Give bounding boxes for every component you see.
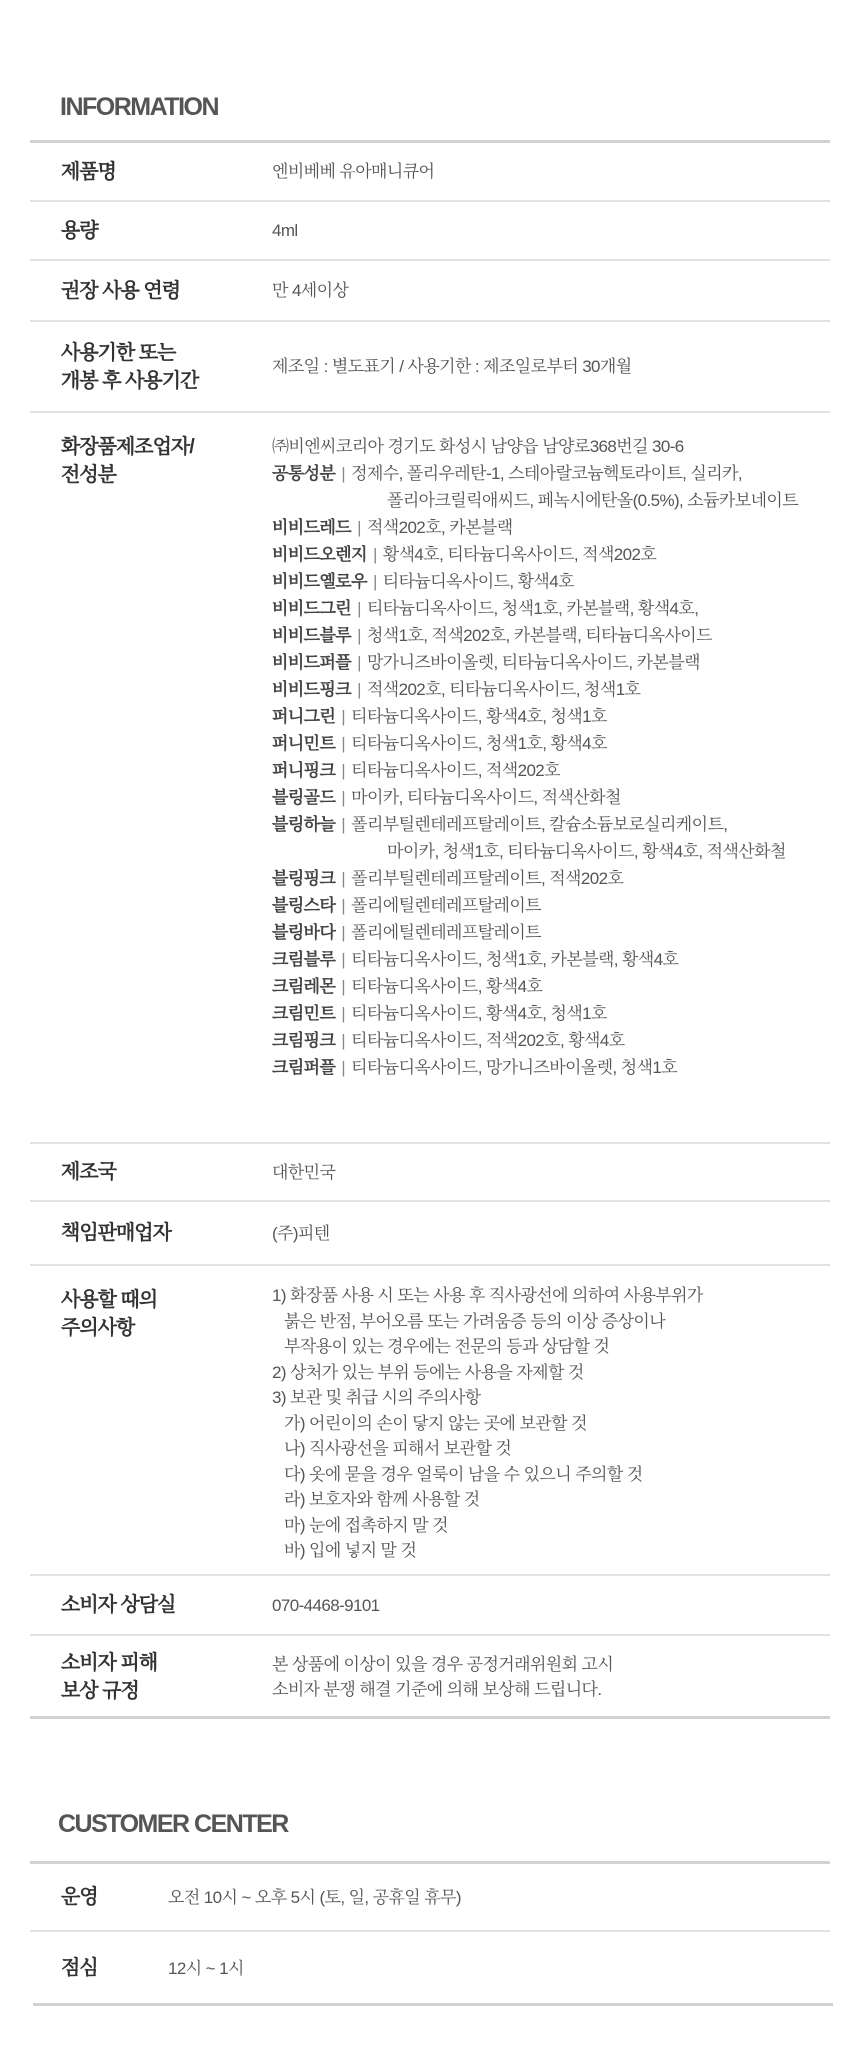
information-table: 제품명 엔비베베 유아매니큐어 용량 4ml 권장 사용 연령 만 4세이상 사… bbox=[30, 140, 830, 1718]
ingredient-text: 티타늄디옥사이드, 청색1호, 카본블랙, 황색4호, bbox=[367, 599, 698, 618]
separator: | bbox=[341, 977, 345, 996]
separator: | bbox=[341, 815, 345, 834]
caution-line: 바) 입에 넣지 말 것 bbox=[272, 1538, 830, 1564]
separator: | bbox=[357, 626, 361, 645]
separator: | bbox=[341, 464, 345, 483]
ingredient-color-name: 블링스타 bbox=[272, 896, 335, 915]
caution-line: 라) 보호자와 함께 사용할 것 bbox=[272, 1487, 830, 1513]
caution-line: 1) 화장품 사용 시 또는 사용 후 직사광선에 의하여 사용부위가 bbox=[272, 1283, 830, 1309]
caution-line: 부작용이 있는 경우에는 전문의 등과 상담할 것 bbox=[272, 1334, 830, 1360]
info-row-compensation: 소비자 피해 보상 규정 본 상품에 이상이 있을 경우 공정거래위원회 고시 … bbox=[30, 1636, 830, 1718]
label-line: 사용기한 또는 bbox=[61, 339, 175, 367]
row-label: 점심 bbox=[61, 1932, 98, 2004]
ingredient-line: 비비드옐로우|티타늄디옥사이드, 황색4호 bbox=[272, 568, 830, 595]
ingredient-line: 마이카, 청색1호, 티타늄디옥사이드, 황색4호, 적색산화철 bbox=[272, 838, 830, 865]
caution-line: 3) 보관 및 취급 시의 주의사항 bbox=[272, 1385, 830, 1411]
caution-line: 가) 어린이의 손이 닿지 않는 곳에 보관할 것 bbox=[272, 1411, 830, 1437]
row-label: 사용기한 또는 개봉 후 사용기간 bbox=[61, 322, 198, 411]
row-label: 권장 사용 연령 bbox=[61, 261, 180, 320]
manufacturer-address: ㈜비엔씨코리아 경기도 화성시 남양읍 남양로368번길 30-6 bbox=[272, 433, 830, 460]
ingredient-color-name: 비비드핑크 bbox=[272, 680, 351, 699]
row-label: 책임판매업자 bbox=[61, 1202, 171, 1264]
row-value: 만 4세이상 bbox=[272, 261, 830, 320]
row-value: 대한민국 bbox=[272, 1144, 830, 1200]
ingredient-color-name: 비비드레드 bbox=[272, 518, 351, 537]
ingredient-text: 티타늄디옥사이드, 황색4호 bbox=[383, 572, 574, 591]
separator: | bbox=[341, 923, 345, 942]
row-label: 제품명 bbox=[61, 143, 116, 200]
separator: | bbox=[341, 761, 345, 780]
ingredient-color-name: 블링바다 bbox=[272, 923, 335, 942]
ingredient-color-name: 블링골드 bbox=[272, 788, 335, 807]
label-line: 사용할 때의 bbox=[61, 1286, 157, 1314]
ingredient-text: 적색202호, 카본블랙 bbox=[367, 518, 513, 537]
cc-row-lunch: 점심 12시 ~ 1시 bbox=[30, 1932, 830, 2004]
ingredient-text: 폴리부틸렌테레프탈레이트, 적색202호 bbox=[351, 869, 623, 888]
ingredient-text: 마이카, 청색1호, 티타늄디옥사이드, 황색4호, 적색산화철 bbox=[387, 842, 786, 861]
label-line: 보상 규정 bbox=[61, 1677, 139, 1705]
row-value: 070-4468-9101 bbox=[272, 1576, 830, 1634]
row-value: 4ml bbox=[272, 202, 830, 259]
label-line: 주의사항 bbox=[61, 1314, 134, 1342]
ingredient-line: 비비드핑크|적색202호, 티타늄디옥사이드, 청색1호 bbox=[272, 676, 830, 703]
row-label: 제조국 bbox=[61, 1144, 116, 1200]
cc-row-hours: 운영 오전 10시 ~ 오후 5시 (토, 일, 공휴일 휴무) bbox=[30, 1864, 830, 1932]
value-line: 본 상품에 이상이 있을 경우 공정거래위원회 고시 bbox=[272, 1652, 613, 1677]
ingredient-color-name: 비비드오렌지 bbox=[272, 545, 367, 564]
ingredient-text: 티타늄디옥사이드, 황색4호, 청색1호 bbox=[351, 1004, 607, 1023]
ingredient-color-name: 크림민트 bbox=[272, 1004, 335, 1023]
ingredient-color-name: 크림퍼플 bbox=[272, 1058, 335, 1077]
ingredient-line: 블링스타|폴리에틸렌테레프탈레이트 bbox=[272, 892, 830, 919]
info-row-cautions: 사용할 때의 주의사항 1) 화장품 사용 시 또는 사용 후 직사광선에 의하… bbox=[30, 1266, 830, 1576]
ingredient-text: 폴리에틸렌테레프탈레이트 bbox=[351, 896, 541, 915]
ingredient-text: 티타늄디옥사이드, 황색4호, 청색1호 bbox=[351, 707, 607, 726]
ingredient-line: 퍼니그린|티타늄디옥사이드, 황색4호, 청색1호 bbox=[272, 703, 830, 730]
ingredients-block: ㈜비엔씨코리아 경기도 화성시 남양읍 남양로368번길 30-6 공통성분|정… bbox=[272, 413, 830, 1142]
information-bottom-rule bbox=[30, 1716, 830, 1719]
info-row-expiry: 사용기한 또는 개봉 후 사용기간 제조일 : 별도표기 / 사용기한 : 제조… bbox=[30, 322, 830, 413]
ingredient-line: 블링바다|폴리에틸렌테레프탈레이트 bbox=[272, 919, 830, 946]
row-label: 화장품제조업자/ 전성분 bbox=[61, 413, 194, 1142]
ingredient-line: 크림블루|티타늄디옥사이드, 청색1호, 카본블랙, 황색4호 bbox=[272, 946, 830, 973]
info-row-manufacturer-ingredients: 화장품제조업자/ 전성분 ㈜비엔씨코리아 경기도 화성시 남양읍 남양로368번… bbox=[30, 413, 830, 1144]
row-label: 소비자 피해 보상 규정 bbox=[61, 1636, 157, 1718]
ingredient-color-name: 크림핑크 bbox=[272, 1031, 335, 1050]
ingredient-list: 공통성분|정제수, 폴리우레탄-1, 스테아랄코늄헥토라이트, 실리카,폴리아크… bbox=[272, 460, 830, 1081]
info-row-product-name: 제품명 엔비베베 유아매니큐어 bbox=[30, 143, 830, 202]
separator: | bbox=[341, 950, 345, 969]
ingredient-text: 마이카, 티타늄디옥사이드, 적색산화철 bbox=[351, 788, 621, 807]
separator: | bbox=[341, 1031, 345, 1050]
caution-line: 나) 직사광선을 피해서 보관할 것 bbox=[272, 1436, 830, 1462]
ingredient-line: 크림민트|티타늄디옥사이드, 황색4호, 청색1호 bbox=[272, 1000, 830, 1027]
caution-line: 붉은 반점, 부어오름 또는 가려움증 등의 이상 증상이나 bbox=[272, 1309, 830, 1335]
ingredient-text: 티타늄디옥사이드, 청색1호, 카본블랙, 황색4호 bbox=[351, 950, 678, 969]
customer-center-table: 운영 오전 10시 ~ 오후 5시 (토, 일, 공휴일 휴무) 점심 12시 … bbox=[30, 1861, 830, 2004]
info-row-recommended-age: 권장 사용 연령 만 4세이상 bbox=[30, 261, 830, 322]
ingredient-text: 폴리부틸렌테레프탈레이트, 칼슘소듐보로실리케이트, bbox=[351, 815, 727, 834]
separator: | bbox=[341, 869, 345, 888]
ingredient-line: 비비드레드|적색202호, 카본블랙 bbox=[272, 514, 830, 541]
ingredient-line: 비비드블루|청색1호, 적색202호, 카본블랙, 티타늄디옥사이드 bbox=[272, 622, 830, 649]
ingredient-color-name: 퍼니민트 bbox=[272, 734, 335, 753]
ingredient-color-name: 블링하늘 bbox=[272, 815, 335, 834]
separator: | bbox=[341, 788, 345, 807]
info-row-seller: 책임판매업자 (주)피텐 bbox=[30, 1202, 830, 1266]
ingredient-color-name: 공통성분 bbox=[272, 464, 335, 483]
ingredient-text: 티타늄디옥사이드, 적색202호, 황색4호 bbox=[351, 1031, 624, 1050]
ingredient-color-name: 비비드블루 bbox=[272, 626, 351, 645]
ingredient-text: 망가니즈바이올렛, 티타늄디옥사이드, 카본블랙 bbox=[367, 653, 700, 672]
separator: | bbox=[357, 680, 361, 699]
row-value: 12시 ~ 1시 bbox=[168, 1932, 830, 2004]
customer-center-bottom-rule bbox=[33, 2003, 833, 2006]
row-value: 엔비베베 유아매니큐어 bbox=[272, 143, 830, 200]
separator: | bbox=[357, 518, 361, 537]
row-label: 용량 bbox=[61, 202, 98, 259]
ingredient-text: 티타늄디옥사이드, 망가니즈바이올렛, 청색1호 bbox=[351, 1058, 677, 1077]
ingredient-color-name: 크림레몬 bbox=[272, 977, 335, 996]
label-line: 전성분 bbox=[61, 461, 116, 489]
ingredient-color-name: 비비드그린 bbox=[272, 599, 351, 618]
ingredient-line: 퍼니핑크|티타늄디옥사이드, 적색202호 bbox=[272, 757, 830, 784]
value-line: 소비자 분쟁 해결 기준에 의해 보상해 드립니다. bbox=[272, 1677, 601, 1702]
ingredient-line: 크림레몬|티타늄디옥사이드, 황색4호 bbox=[272, 973, 830, 1000]
ingredient-line: 블링하늘|폴리부틸렌테레프탈레이트, 칼슘소듐보로실리케이트, bbox=[272, 811, 830, 838]
row-value: 제조일 : 별도표기 / 사용기한 : 제조일로부터 30개월 bbox=[272, 322, 830, 411]
ingredient-color-name: 비비드옐로우 bbox=[272, 572, 367, 591]
ingredient-text: 황색4호, 티타늄디옥사이드, 적색202호 bbox=[383, 545, 656, 564]
row-value: 본 상품에 이상이 있을 경우 공정거래위원회 고시 소비자 분쟁 해결 기준에… bbox=[272, 1636, 830, 1718]
ingredient-text: 적색202호, 티타늄디옥사이드, 청색1호 bbox=[367, 680, 640, 699]
row-label: 사용할 때의 주의사항 bbox=[61, 1266, 157, 1574]
caution-line: 마) 눈에 접촉하지 말 것 bbox=[272, 1513, 830, 1539]
ingredient-line: 퍼니민트|티타늄디옥사이드, 청색1호, 황색4호 bbox=[272, 730, 830, 757]
ingredient-text: 폴리에틸렌테레프탈레이트 bbox=[351, 923, 541, 942]
caution-list: 1) 화장품 사용 시 또는 사용 후 직사광선에 의하여 사용부위가붉은 반점… bbox=[272, 1266, 830, 1574]
separator: | bbox=[373, 545, 377, 564]
row-label: 소비자 상담실 bbox=[61, 1576, 175, 1634]
separator: | bbox=[357, 599, 361, 618]
ingredient-text: 티타늄디옥사이드, 황색4호 bbox=[351, 977, 542, 996]
ingredient-text: 정제수, 폴리우레탄-1, 스테아랄코늄헥토라이트, 실리카, bbox=[351, 464, 742, 483]
ingredient-text: 티타늄디옥사이드, 청색1호, 황색4호 bbox=[351, 734, 607, 753]
separator: | bbox=[341, 707, 345, 726]
label-line: 개봉 후 사용기간 bbox=[61, 367, 198, 395]
information-title: INFORMATION bbox=[60, 93, 218, 122]
ingredient-color-name: 블링핑크 bbox=[272, 869, 335, 888]
caution-line: 다) 옷에 묻을 경우 얼룩이 남을 수 있으니 주의할 것 bbox=[272, 1462, 830, 1488]
separator: | bbox=[341, 1004, 345, 1023]
row-value: 오전 10시 ~ 오후 5시 (토, 일, 공휴일 휴무) bbox=[168, 1864, 830, 1930]
ingredient-line: 폴리아크릴릭애씨드, 페녹시에탄올(0.5%), 소듐카보네이트 bbox=[272, 487, 830, 514]
row-value: (주)피텐 bbox=[272, 1202, 830, 1264]
ingredient-line: 블링골드|마이카, 티타늄디옥사이드, 적색산화철 bbox=[272, 784, 830, 811]
ingredient-line: 공통성분|정제수, 폴리우레탄-1, 스테아랄코늄헥토라이트, 실리카, bbox=[272, 460, 830, 487]
ingredient-line: 크림퍼플|티타늄디옥사이드, 망가니즈바이올렛, 청색1호 bbox=[272, 1054, 830, 1081]
separator: | bbox=[341, 1058, 345, 1077]
ingredient-color-name: 크림블루 bbox=[272, 950, 335, 969]
ingredient-line: 비비드오렌지|황색4호, 티타늄디옥사이드, 적색202호 bbox=[272, 541, 830, 568]
separator: | bbox=[341, 734, 345, 753]
info-row-volume: 용량 4ml bbox=[30, 202, 830, 261]
separator: | bbox=[357, 653, 361, 672]
ingredient-line: 크림핑크|티타늄디옥사이드, 적색202호, 황색4호 bbox=[272, 1027, 830, 1054]
ingredient-text: 티타늄디옥사이드, 적색202호 bbox=[351, 761, 560, 780]
separator: | bbox=[373, 572, 377, 591]
info-row-consumer-center: 소비자 상담실 070-4468-9101 bbox=[30, 1576, 830, 1636]
label-line: 소비자 피해 bbox=[61, 1649, 157, 1677]
label-line: 화장품제조업자/ bbox=[61, 433, 194, 461]
separator: | bbox=[341, 896, 345, 915]
ingredient-text: 폴리아크릴릭애씨드, 페녹시에탄올(0.5%), 소듐카보네이트 bbox=[387, 491, 798, 510]
ingredient-text: 청색1호, 적색202호, 카본블랙, 티타늄디옥사이드 bbox=[367, 626, 712, 645]
ingredient-line: 비비드그린|티타늄디옥사이드, 청색1호, 카본블랙, 황색4호, bbox=[272, 595, 830, 622]
info-row-country: 제조국 대한민국 bbox=[30, 1144, 830, 1202]
row-label: 운영 bbox=[61, 1864, 98, 1930]
ingredient-line: 비비드퍼플|망가니즈바이올렛, 티타늄디옥사이드, 카본블랙 bbox=[272, 649, 830, 676]
caution-line: 2) 상처가 있는 부위 등에는 사용을 자제할 것 bbox=[272, 1360, 830, 1386]
ingredient-color-name: 퍼니핑크 bbox=[272, 761, 335, 780]
customer-center-title: CUSTOMER CENTER bbox=[58, 1810, 288, 1839]
ingredient-color-name: 퍼니그린 bbox=[272, 707, 335, 726]
ingredient-line: 블링핑크|폴리부틸렌테레프탈레이트, 적색202호 bbox=[272, 865, 830, 892]
ingredient-color-name: 비비드퍼플 bbox=[272, 653, 351, 672]
